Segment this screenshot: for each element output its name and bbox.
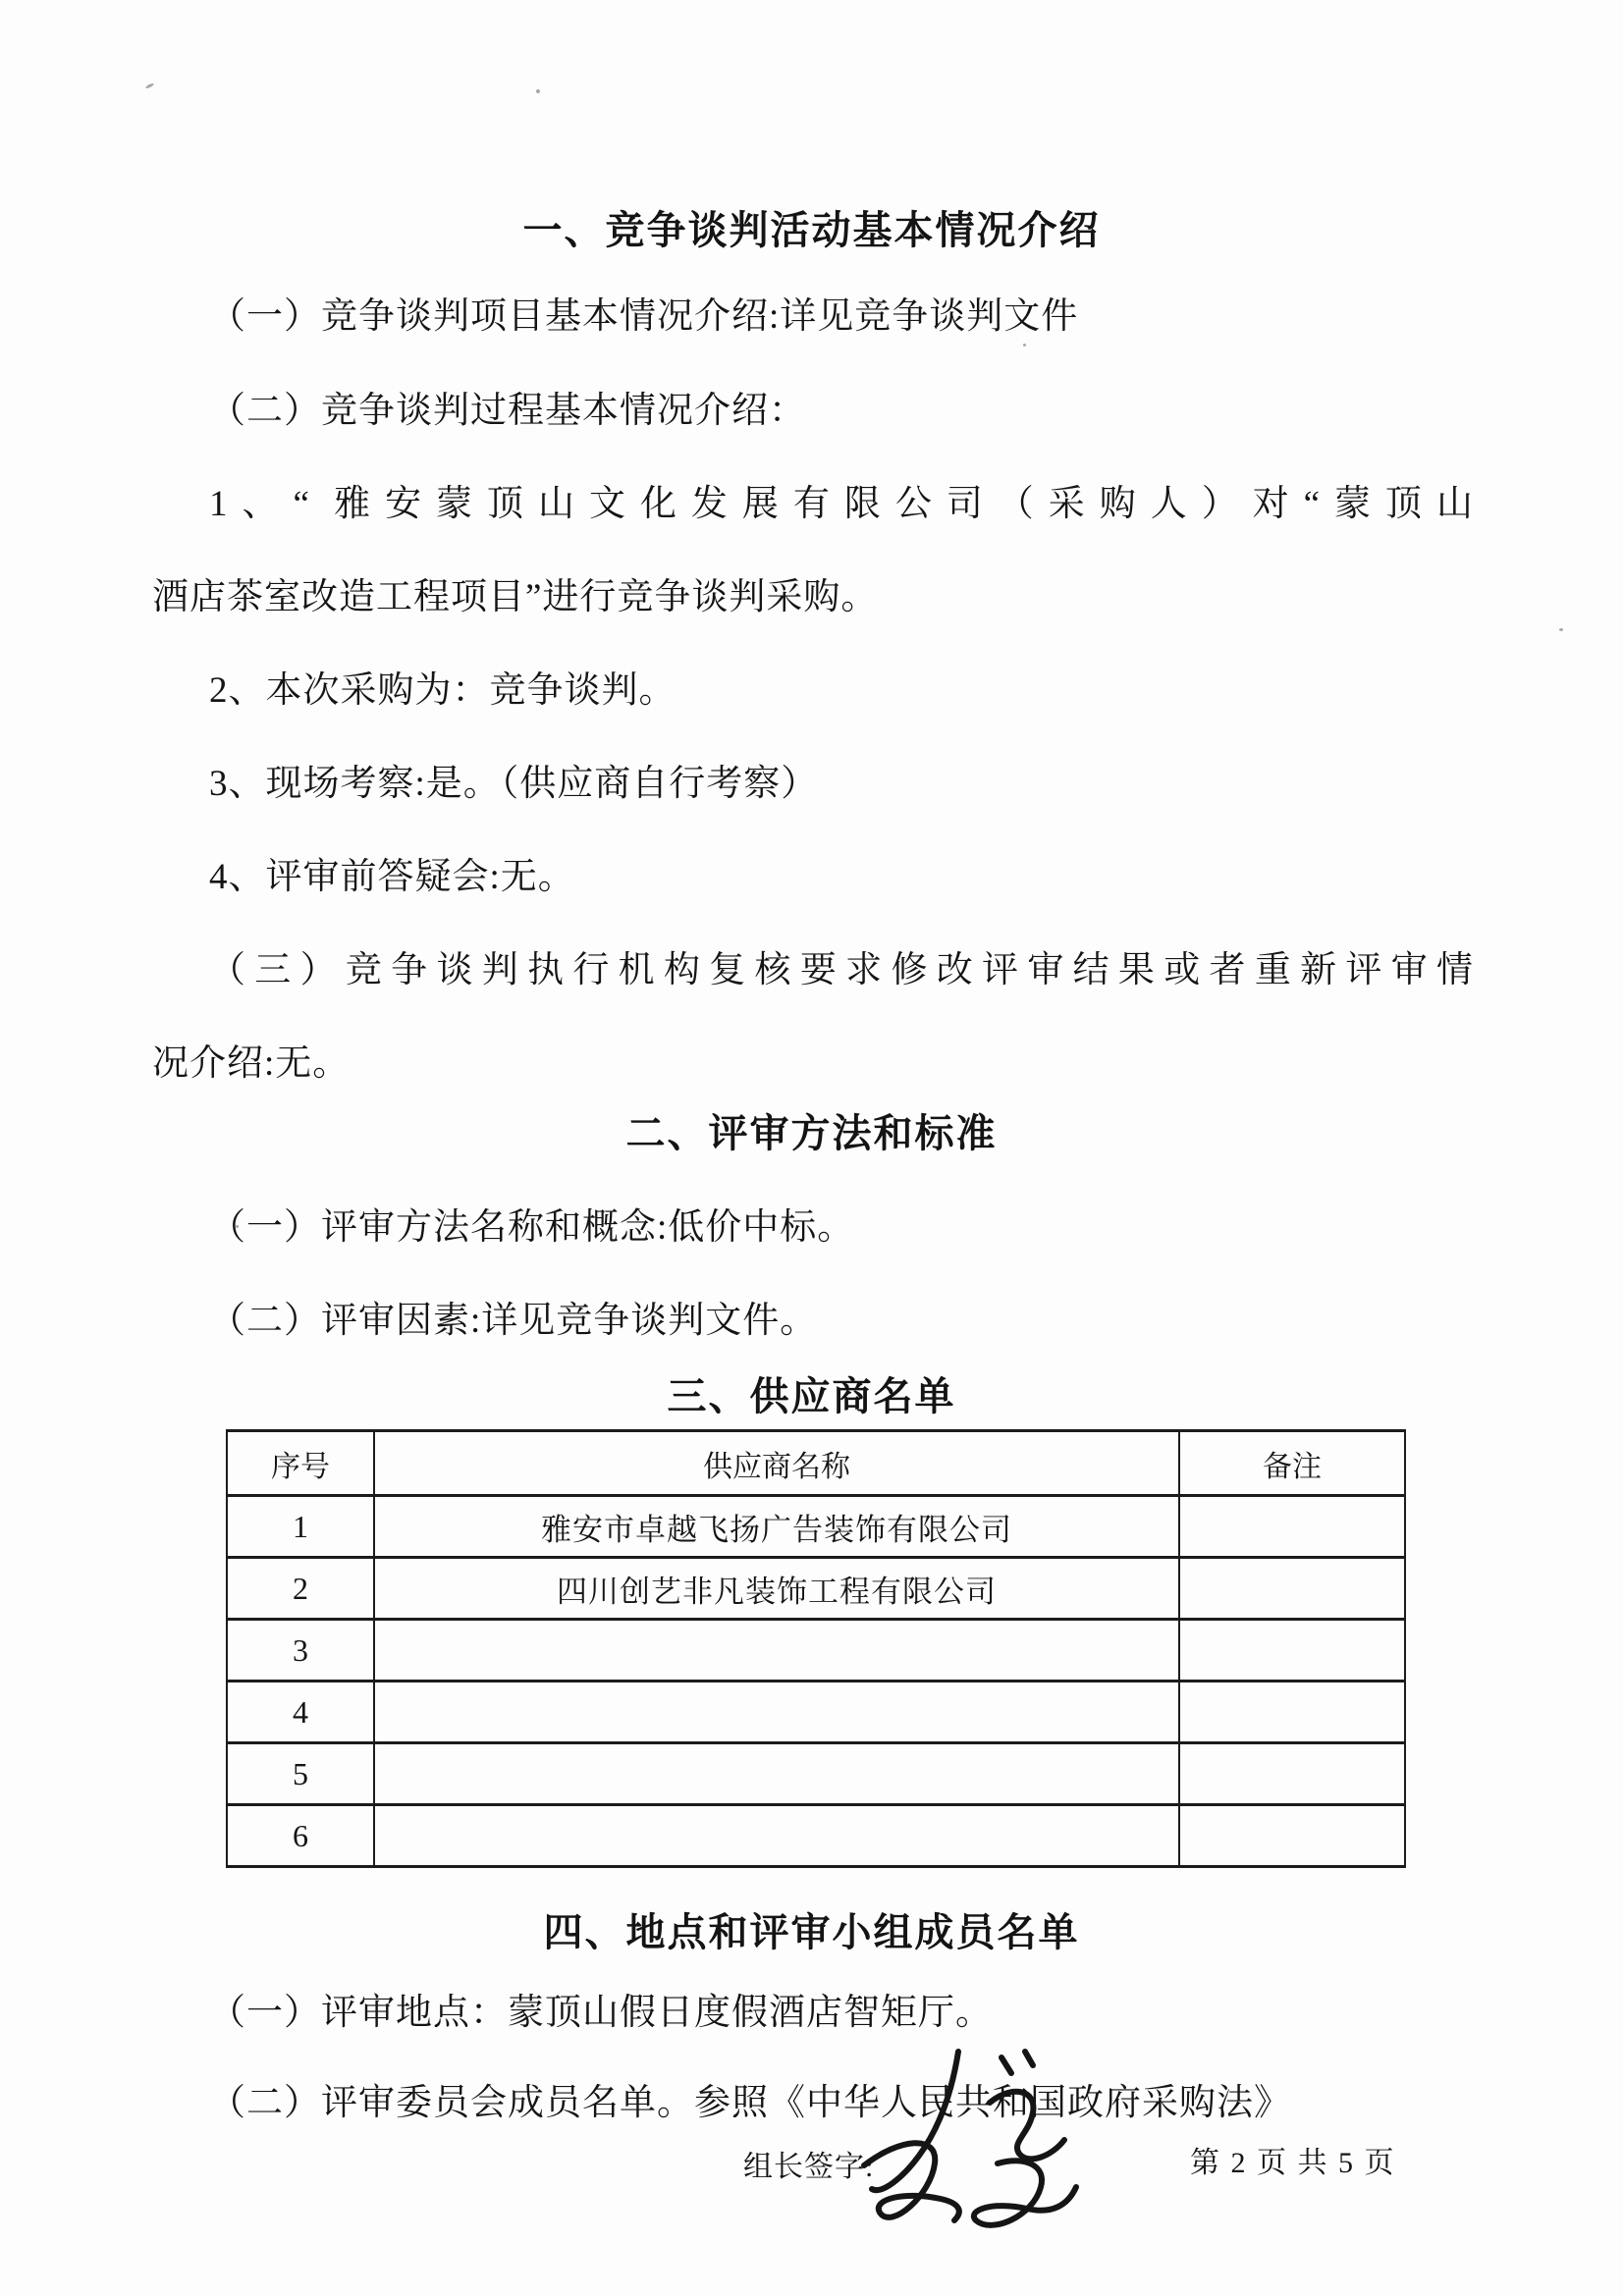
suppliers-table: 序号 供应商名称 备注 1 雅安市卓越飞扬广告装饰有限公司 2 四川创艺非凡装饰… [226,1429,1404,1868]
row-4-supplier [374,1682,1179,1743]
row-6-supplier [374,1805,1179,1867]
paragraph-1-1: （一）竞争谈判项目基本情况介绍:详见竞争谈判文件 [152,293,1474,342]
paragraph-4-2: （二）评审委员会成员名单。参照《中华人民共和国政府采购法》 [152,2079,1474,2128]
row-3-note [1179,1620,1405,1682]
paragraph-1-2-item1-line2: 酒店茶室改造工程项目”进行竞争谈判采购。 [152,573,1474,622]
section-1-heading: 一、竞争谈判活动基本情况介绍 [0,204,1623,257]
paragraph-2-2: （二）评审因素:详见竞争谈判文件。 [152,1297,1474,1346]
paragraph-1-2-item1-line1: 1、“ 雅安蒙顶山文化发展有限公司（采购人）对“蒙顶山 [152,480,1474,529]
paragraph-1-2-item3: 3、现场考察:是。（供应商自行考察） [152,760,1474,809]
paragraph-1-3-line2: 况介绍:无。 [152,1040,1474,1089]
header-serial-number: 序号 [227,1431,374,1496]
row-1-serial: 1 [227,1496,374,1558]
suppliers-table-header-row: 序号 供应商名称 备注 [227,1431,1405,1496]
table-row: 2 四川创艺非凡装饰工程有限公司 [227,1558,1405,1620]
scan-speck [145,82,154,89]
table-row: 5 [227,1743,1405,1805]
row-5-note [1179,1743,1405,1805]
row-3-supplier [374,1620,1179,1682]
row-2-serial: 2 [227,1558,374,1620]
paragraph-1-3-line1: （三）竞争谈判执行机构复核要求修改评审结果或者重新评审情 [152,946,1474,995]
row-4-serial: 4 [227,1682,374,1743]
paragraph-4-1: （一）评审地点：蒙顶山假日度假酒店智矩厅。 [152,1989,1474,2038]
table-row: 6 [227,1805,1405,1867]
row-6-serial: 6 [227,1805,374,1867]
header-remarks: 备注 [1179,1431,1405,1496]
section-3-heading: 三、供应商名单 [0,1370,1623,1423]
row-1-note [1179,1496,1405,1558]
paragraph-1-2: （二）竞争谈判过程基本情况介绍： [152,387,1474,436]
row-2-note [1179,1558,1405,1620]
table-row: 3 [227,1620,1405,1682]
paragraph-1-2-item4: 4、评审前答疑会:无。 [152,853,1474,902]
scan-speck [236,1225,239,1228]
row-4-note [1179,1682,1405,1743]
scanned-document-page: 一、竞争谈判活动基本情况介绍 （一）竞争谈判项目基本情况介绍:详见竞争谈判文件 … [0,0,1623,2296]
row-5-supplier [374,1743,1179,1805]
row-3-serial: 3 [227,1620,374,1682]
page-number: 第 2 页 共 5 页 [1190,2138,1396,2181]
row-6-note [1179,1805,1405,1867]
section-2-heading: 二、评审方法和标准 [0,1107,1623,1160]
scan-speck [536,89,540,93]
section-4-heading: 四、地点和评审小组成员名单 [0,1906,1623,1959]
row-5-serial: 5 [227,1743,374,1805]
table-row: 1 雅安市卓越飞扬广告装饰有限公司 [227,1496,1405,1558]
scan-speck [1023,344,1026,347]
scan-speck [1559,628,1563,631]
paragraph-1-2-item2: 2、本次采购为：竞争谈判。 [152,667,1474,716]
header-supplier-name: 供应商名称 [374,1431,1179,1496]
table-row: 4 [227,1682,1405,1743]
row-1-supplier: 雅安市卓越飞扬广告装饰有限公司 [374,1496,1179,1558]
leader-signature [842,2040,1088,2251]
paragraph-2-1: （一）评审方法名称和概念:低价中标。 [152,1203,1474,1253]
row-2-supplier: 四川创艺非凡装饰工程有限公司 [374,1558,1179,1620]
